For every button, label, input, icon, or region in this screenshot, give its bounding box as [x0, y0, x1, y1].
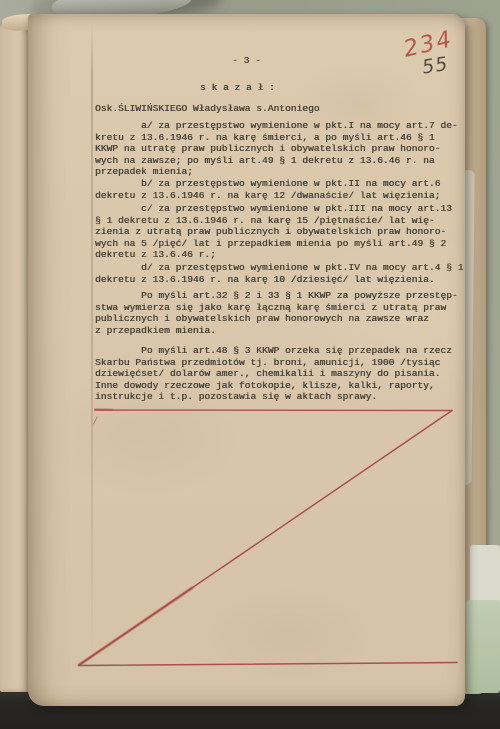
previous-page-edge [0, 24, 30, 692]
page-number: - 3 - [28, 55, 465, 67]
forfeiture-paragraph: Po myśli art.48 § 3 KKWP orzeka się prze… [95, 345, 452, 403]
verdict-paragraph-c: c/ za przestępstwo wymienione w pkt.III … [95, 203, 452, 261]
joint-penalty-paragraph: Po myśli art.32 § 2 i 33 § 1 KKWP za pow… [95, 290, 458, 336]
defendant-name-line: Osk.ŚLIWIŃSKIEGO Władysława s.Antoniego [95, 103, 320, 115]
page-crease [91, 22, 93, 672]
verdict-paragraph-a: a/ za przestępstwo wymienione w pkt.I na… [95, 120, 458, 178]
verdict-paragraph-b: b/ za przestępstwo wymienione w pkt.II n… [95, 178, 440, 201]
verdict-heading: s k a z a ł : [200, 82, 275, 94]
document-page: - 3 - s k a z a ł : Osk.ŚLIWIŃSKIEGO Wła… [28, 14, 465, 706]
verdict-paragraph-d: d/ za przestępstwo wymienione w pkt.IV n… [95, 262, 463, 285]
green-paper-edge [466, 600, 500, 693]
